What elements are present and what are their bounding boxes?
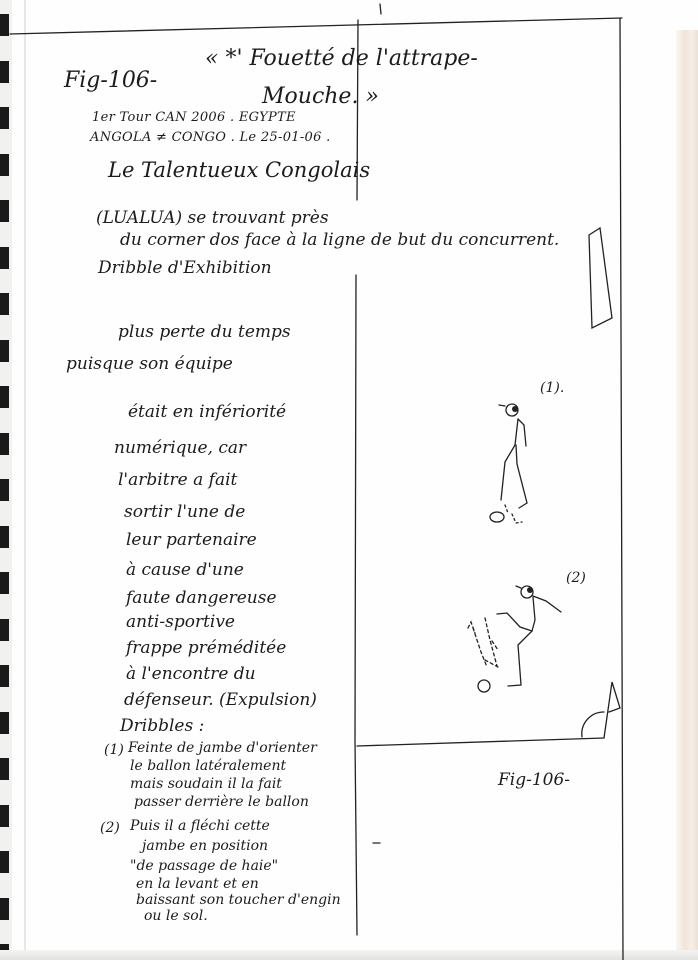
match-info-line-1: 1er Tour CAN 2006 . EGYPTE (92, 110, 296, 125)
binding-ring (0, 619, 9, 641)
page-margin-shadow (24, 0, 26, 960)
binding-ring (0, 200, 9, 222)
figure-title-line-2: Mouche. » (262, 84, 379, 109)
note-2-line: jambe en position (142, 838, 268, 854)
text-line: défenseur. (Expulsion) (124, 690, 317, 710)
note-1-line: Feinte de jambe d'orienter (128, 740, 317, 756)
text-line: numérique, car (114, 438, 246, 458)
binding-ring (0, 61, 9, 83)
binding-ring (0, 340, 9, 362)
diagram-step-1-label: (1). (540, 380, 564, 396)
text-line: Le Talentueux Congolais (108, 158, 370, 182)
binding-ring (0, 898, 9, 920)
note-2-line: en la levant et en (136, 876, 259, 892)
note-1-line: le ballon latéralement (130, 758, 286, 774)
text-line: était en infériorité (128, 402, 286, 422)
binding-ring (0, 14, 9, 36)
note-2-line: Puis il a fléchi cette (130, 818, 270, 834)
binding-ring (0, 247, 9, 269)
spiral-binding (0, 0, 12, 960)
text-line: Dribble d'Exhibition (98, 258, 272, 278)
note-2-line: "de passage de haie" (130, 858, 278, 874)
text-line: à l'encontre du (126, 664, 256, 684)
note-1-marker: (1) (104, 742, 124, 758)
text-line: frappe préméditée (126, 638, 286, 658)
text-line: leur partenaire (126, 530, 257, 550)
match-info-line-2: ANGOLA ≠ CONGO . Le 25-01-06 . (90, 130, 331, 145)
page-bottom-edge (0, 950, 698, 960)
figure-number: Fig-106- (64, 68, 157, 93)
text-line: l'arbitre a fait (118, 470, 237, 490)
binding-ring (0, 154, 9, 176)
notebook-page: Fig-106- « *' Fouetté de l'attrape- Mouc… (0, 0, 698, 960)
binding-ring (0, 758, 9, 780)
binding-ring (0, 805, 9, 827)
note-2-line: ou le sol. (144, 908, 208, 924)
binding-ring (0, 712, 9, 734)
binding-ring (0, 433, 9, 455)
dribbles-heading: Dribbles : (120, 716, 204, 736)
text-line: sortir l'une de (124, 502, 245, 522)
binding-ring (0, 293, 9, 315)
text-line: puisque son équipe (66, 354, 233, 374)
binding-ring (0, 479, 9, 501)
binding-ring (0, 386, 9, 408)
binding-ring (0, 851, 9, 873)
text-line: à cause d'une (126, 560, 244, 580)
note-2-line: baissant son toucher d'engin (136, 892, 341, 908)
text-line: plus perte du temps (118, 322, 291, 342)
binding-ring (0, 572, 9, 594)
note-1-line: passer derrière le ballon (134, 794, 309, 810)
binding-ring (0, 526, 9, 548)
binding-ring (0, 107, 9, 129)
figure-title-line-1: « *' Fouetté de l'attrape- (205, 46, 478, 71)
page-edge (676, 30, 698, 960)
note-2-marker: (2) (100, 820, 120, 836)
text-line: du corner dos face à la ligne de but du … (120, 230, 559, 250)
diagram-caption: Fig-106- (498, 770, 570, 790)
note-1-line: mais soudain il la fait (130, 776, 282, 792)
diagram-step-2-label: (2) (566, 570, 586, 586)
binding-ring (0, 665, 9, 687)
text-line: (LUALUA) se trouvant près (96, 208, 329, 228)
text-line: faute dangereuse (126, 588, 277, 608)
text-line: anti-sportive (126, 612, 235, 632)
